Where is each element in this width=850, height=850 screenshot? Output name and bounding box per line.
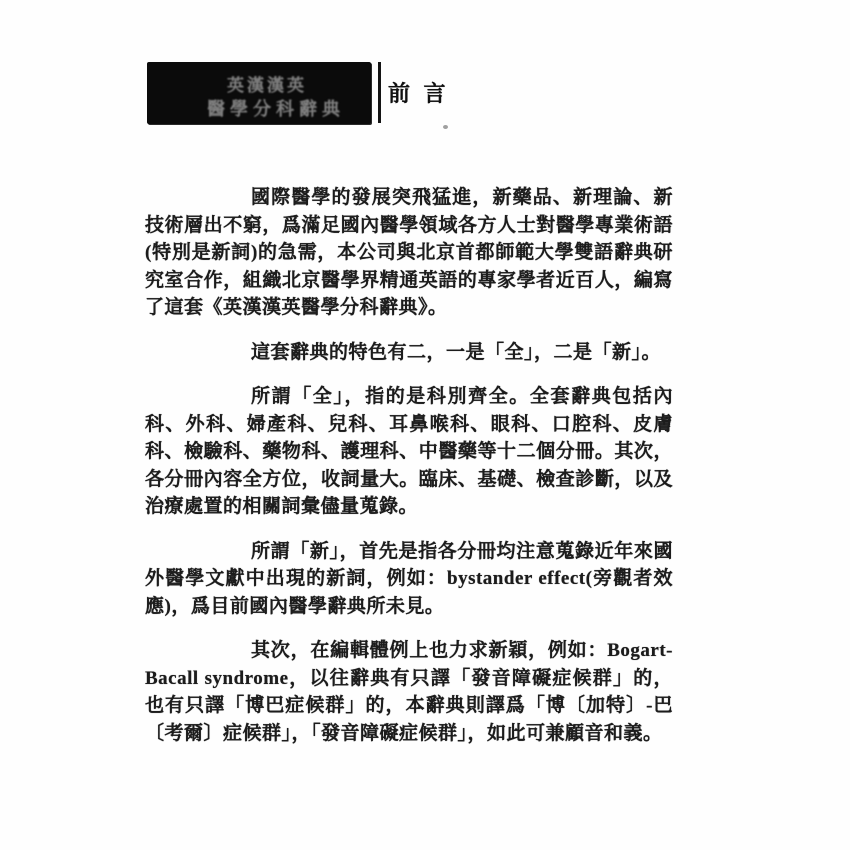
header-divider-rule [378,62,381,123]
scanned-book-page: 英漢漢英 醫學分科辭典 前 言 國際醫學的發展突飛猛進，新藥品、新理論、新技術層… [0,0,850,850]
preface-body: 國際醫學的發展突飛猛進，新藥品、新理論、新技術層出不窮，爲滿足國內醫學領域各方人… [145,184,673,764]
section-title-preface: 前 言 [388,77,450,108]
book-title-line1: 英漢漢英 [227,71,307,96]
book-title-line2: 醫學分科辭典 [207,95,345,121]
paragraph-completeness: 所謂「全」，指的是科別齊全。全套辭典包括內科、外科、婦產科、兒科、耳鼻喉科、眼科… [145,383,673,521]
paragraph-newness: 所謂「新」，首先是指各分冊均注意蒐錄近年來國外醫學文獻中出現的新詞，例如：bys… [145,538,673,621]
scan-speck-dot [443,125,448,129]
paragraph-intro: 國際醫學的發展突飛猛進，新藥品、新理論、新技術層出不窮，爲滿足國內醫學領域各方人… [145,184,673,322]
paragraph-features: 這套辭典的特色有二，一是「全」，二是「新」。 [145,339,673,367]
book-title-box: 英漢漢英 醫學分科辭典 [147,62,371,124]
paragraph-editorial-style: 其次，在編輯體例上也力求新穎，例如：Bogart-Bacall syndrome… [145,637,673,747]
